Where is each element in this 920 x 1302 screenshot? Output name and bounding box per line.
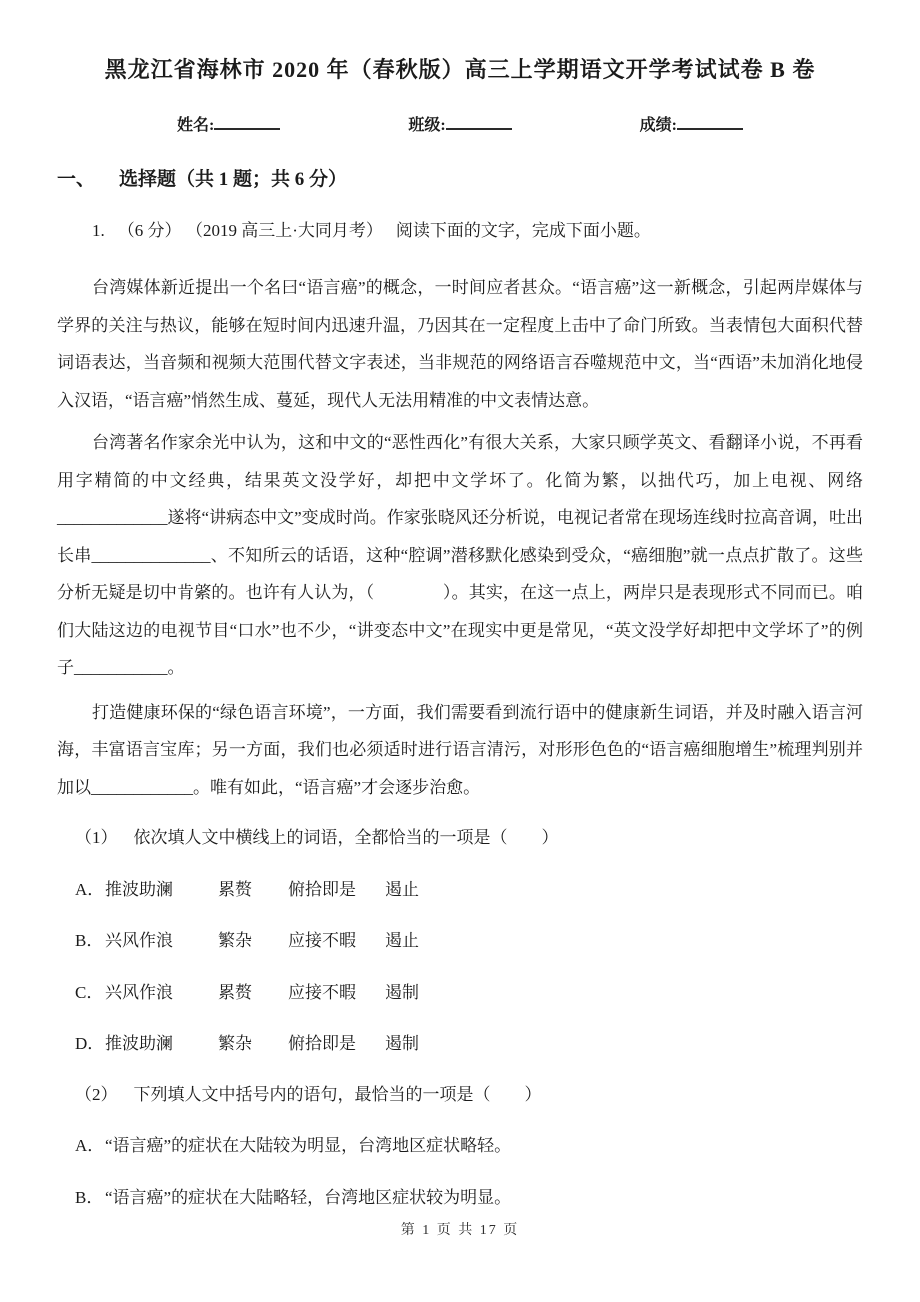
option-row-b: B．兴风作浪繁杂应接不暇遏止 [57,922,863,960]
question-intro: 1.（6 分）（2019 高三上·大同月考）阅读下面的文字，完成下面小题。 [57,218,863,244]
option-word: 应接不暇 [288,974,385,1012]
option-label: A． [75,1127,105,1165]
option-row-b: B．“语言癌”的症状在大陆略轻，台湾地区症状较为明显。 [57,1179,863,1217]
option-text: “语言癌”的症状在大陆略轻，台湾地区症状较为明显。 [105,1179,863,1217]
subquestion-2-text: 下列填人文中括号内的语句，最恰当的一项是（ ） [134,1085,542,1104]
option-text: “语言癌”的症状在大陆较为明显，台湾地区症状略轻。 [105,1127,863,1165]
option-word: 遏制 [385,974,419,1012]
exam-title: 黑龙江省海林市 2020 年（春秋版）高三上学期语文开学考试试卷 B 卷 [57,55,863,85]
score-label: 成绩: [640,117,677,134]
class-field: 班级: [408,115,511,137]
option-word: 应接不暇 [288,922,385,960]
question-instruction: 阅读下面的文字，完成下面小题。 [396,221,651,240]
option-row-c: C．兴风作浪累赘应接不暇遏制 [57,974,863,1012]
name-label: 姓名: [177,117,214,134]
option-label: D． [75,1025,105,1063]
student-info-row: 姓名: 班级: 成绩: [57,115,863,137]
score-blank [677,116,743,130]
option-label: B． [75,922,105,960]
option-word: 兴风作浪 [105,922,218,960]
page-footer: 第 1 页 共 17 页 [57,1221,863,1241]
option-label: B． [75,1179,105,1217]
subquestion-2-options: A．“语言癌”的症状在大陆较为明显，台湾地区症状略轻。 B．“语言癌”的症状在大… [57,1127,863,1216]
option-word: 遏制 [385,1025,419,1063]
class-blank [446,116,512,130]
option-word: 推波助澜 [105,871,218,909]
option-row-a: A．“语言癌”的症状在大陆较为明显，台湾地区症状略轻。 [57,1127,863,1165]
section-title: 选择题（共 1 题；共 6 分） [119,169,347,190]
section-number: 一、 [57,169,95,190]
option-label: C． [75,974,105,1012]
section-heading: 一、选择题（共 1 题；共 6 分） [57,167,863,193]
name-field: 姓名: [177,115,280,137]
option-word: 俯拾即是 [288,1025,385,1063]
option-word: 兴风作浪 [105,974,218,1012]
subquestion-1-number: （1） [75,828,118,847]
subquestion-1-options: A．推波助澜累赘俯拾即是遏止 B．兴风作浪繁杂应接不暇遏止 C．兴风作浪累赘应接… [57,871,863,1063]
exam-page: 黑龙江省海林市 2020 年（春秋版）高三上学期语文开学考试试卷 B 卷 姓名:… [0,0,920,1241]
class-label: 班级: [408,117,445,134]
option-word: 遏止 [385,922,419,960]
subquestion-2-number: （2） [75,1085,118,1104]
name-blank [214,116,280,130]
subquestion-1-text: 依次填人文中横线上的词语，全都恰当的一项是（ ） [134,828,559,847]
option-word: 累赘 [218,871,288,909]
reading-passage: 台湾媒体新近提出一个名曰“语言癌”的概念，一时间应者甚众。“语言癌”这一新概念，… [57,269,863,806]
option-word: 繁杂 [218,922,288,960]
passage-paragraph: 打造健康环保的“绿色语言环境”，一方面，我们需要看到流行语中的健康新生词语，并及… [57,694,863,807]
passage-paragraph: 台湾媒体新近提出一个名曰“语言癌”的概念，一时间应者甚众。“语言癌”这一新概念，… [57,269,863,419]
question-source: （2019 高三上·大同月考） [195,221,383,240]
passage-paragraph: 台湾著名作家余光中认为，这和中文的“恶性西化”有很大关系，大家只顾学英文、看翻译… [57,424,863,687]
option-word: 俯拾即是 [288,871,385,909]
subquestion-1-prompt: （1）依次填人文中横线上的词语，全都恰当的一项是（ ） [57,819,863,857]
score-field: 成绩: [640,115,743,137]
option-word: 推波助澜 [105,1025,218,1063]
option-label: A． [75,871,105,909]
option-row-a: A．推波助澜累赘俯拾即是遏止 [57,871,863,909]
question-score: （6 分） [118,221,182,240]
subquestion-2-prompt: （2）下列填人文中括号内的语句，最恰当的一项是（ ） [57,1076,863,1114]
option-row-d: D．推波助澜繁杂俯拾即是遏制 [57,1025,863,1063]
option-word: 累赘 [218,974,288,1012]
option-word: 遏止 [385,871,419,909]
option-word: 繁杂 [218,1025,288,1063]
question-number: 1. [92,221,105,240]
